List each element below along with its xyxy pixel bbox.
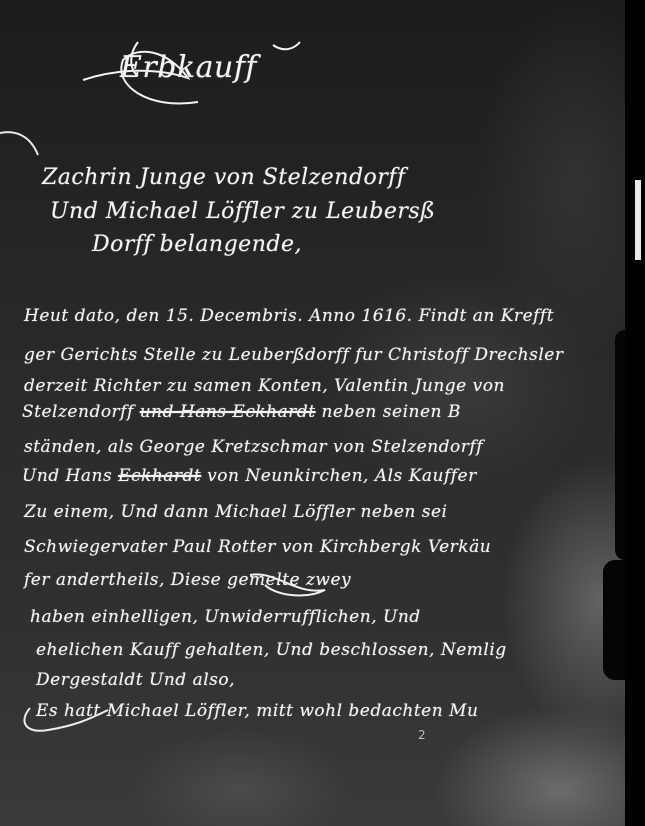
heading-line-2: Und Michael Löffler zu Leubersß: [50, 199, 435, 224]
scan-edge: [625, 0, 645, 826]
struck-text: und Hans Eckhardt: [140, 402, 316, 422]
scan-edge-highlight: [635, 180, 641, 260]
body-line-1: Heut dato, den 15. Decembris. Anno 1616.…: [24, 306, 554, 326]
body-line-3: derzeit Richter zu samen Konten, Valenti…: [24, 376, 505, 396]
body-line-10: haben einhelligen, Unwiderrufflichen, Un…: [30, 607, 421, 627]
signature-flourish-icon: [18, 700, 118, 740]
heading-line-1: Zachrin Junge von Stelzendorff: [42, 165, 406, 190]
body-line-4-after: neben seinen B: [321, 402, 460, 422]
body-line-11: ehelichen Kauff gehalten, Und beschlosse…: [36, 640, 507, 660]
paragraph-flourish-icon: [245, 565, 335, 605]
body-line-4-text: Stelzendorff: [22, 402, 134, 422]
body-line-8: Schwiegervater Paul Rotter von Kirchberg…: [24, 537, 491, 557]
struck-text: Eckhardt: [118, 466, 201, 486]
body-line-12: Dergestaldt Und also,: [36, 670, 235, 690]
body-line-6: Und Hans Eckhardt von Neunkirchen, Als K…: [22, 466, 477, 486]
body-line-7: Zu einem, Und dann Michael Löffler neben…: [24, 502, 448, 522]
manuscript-page: Erbkauff Zachrin Junge von Stelzendorff …: [0, 0, 645, 826]
torn-edge: [615, 330, 625, 560]
body-line-5: ständen, als George Kretzschmar von Stel…: [24, 437, 483, 457]
body-line-4: Stelzendorff und Hans Eckhardt neben sei…: [22, 402, 461, 422]
page-number: 2: [418, 728, 426, 742]
heading-line-3: Dorff belangende,: [92, 232, 302, 257]
document-title: Erbkauff: [120, 50, 257, 85]
body-line-6-text: Und Hans: [22, 466, 118, 486]
body-line-6-after: von Neunkirchen, Als Kauffer: [207, 466, 477, 486]
body-line-2: ger Gerichts Stelle zu Leuberßdorff fur …: [24, 345, 563, 365]
torn-edge: [603, 560, 625, 680]
margin-flourish-icon: [0, 125, 40, 165]
